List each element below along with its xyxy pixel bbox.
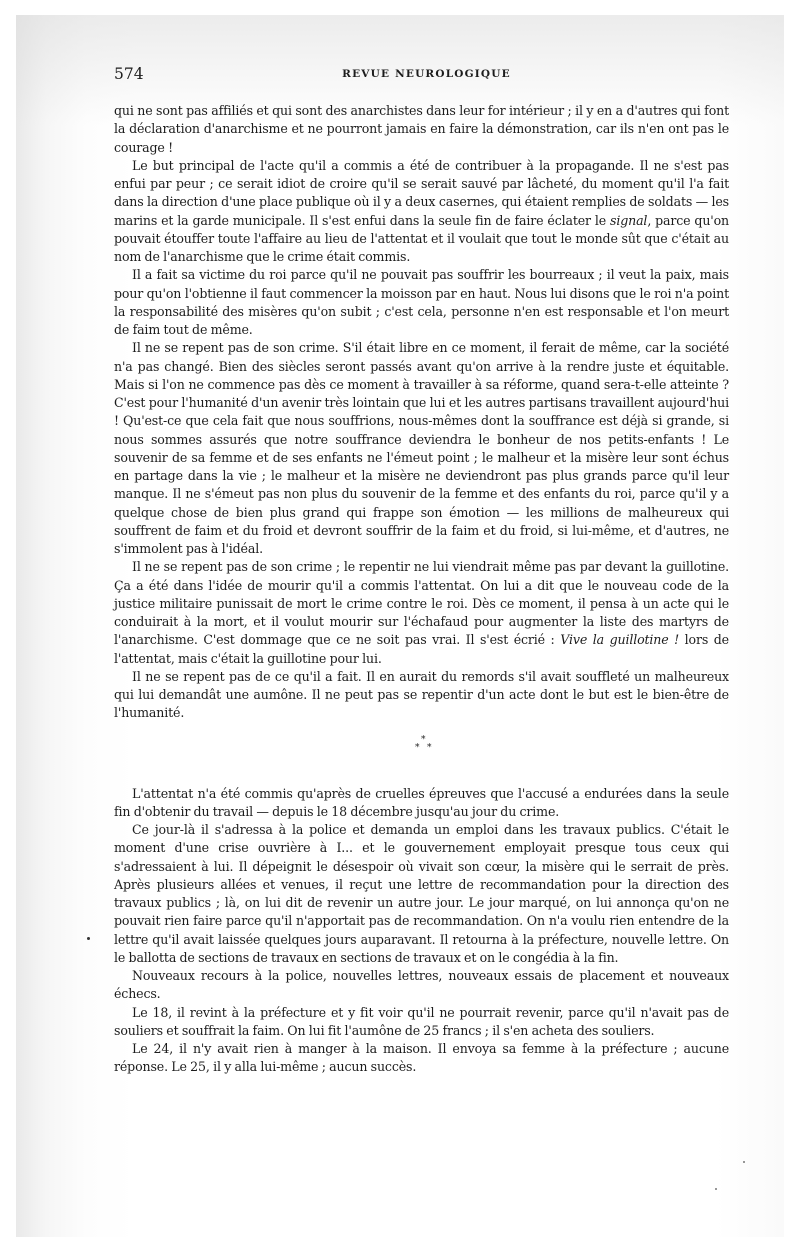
paragraph-text: Le 18, il revint à la préfecture et y fi…	[114, 1005, 729, 1038]
paragraph: Il a fait sa victime du roi parce qu'il …	[114, 266, 729, 339]
paragraph-text: L'attentat n'a été commis qu'après de cr…	[114, 786, 729, 819]
paragraph-text: Il a fait sa victime du roi parce qu'il …	[114, 267, 729, 337]
italic-emphasis: Vive la guillotine !	[560, 632, 679, 647]
running-head: 574 REVUE NEUROLOGIQUE	[114, 65, 729, 85]
asterisk-icon: *	[421, 736, 425, 745]
paragraph: L'attentat n'a été commis qu'après de cr…	[114, 785, 729, 822]
article-body: qui ne sont pas affiliés et qui sont des…	[114, 102, 729, 1077]
paragraph: Ce jour-là il s'adressa à la police et d…	[114, 821, 729, 967]
paragraph: Le but principal de l'acte qu'il a commi…	[114, 157, 729, 267]
paper-speck	[743, 1161, 745, 1163]
paper-speck	[715, 1188, 717, 1190]
paragraph: Nouveaux recours à la police, nouvelles …	[114, 967, 729, 1004]
paragraph-text: Nouveaux recours à la police, nouvelles …	[114, 968, 729, 1001]
journal-title: REVUE NEUROLOGIQUE	[114, 68, 739, 80]
asterisk-icon: *	[427, 744, 431, 753]
margin-ink-dot	[87, 937, 90, 940]
paragraph: qui ne sont pas affiliés et qui sont des…	[114, 102, 729, 157]
section-separator-asterism: * * *	[114, 723, 729, 785]
paragraph-text: Ce jour-là il s'adressa à la police et d…	[114, 822, 729, 965]
paragraph-text: qui ne sont pas affiliés et qui sont des…	[114, 103, 729, 155]
paragraph-text: Il ne se repent pas de son crime. S'il é…	[114, 340, 729, 556]
paragraph-text: Il ne se repent pas de ce qu'il a fait. …	[114, 669, 729, 721]
paragraph: Le 24, il n'y avait rien à manger à la m…	[114, 1040, 729, 1077]
italic-emphasis: signal	[610, 213, 647, 228]
paragraph: Il ne se repent pas de son crime. S'il é…	[114, 339, 729, 558]
paragraph: Il ne se repent pas de son crime ; le re…	[114, 558, 729, 668]
paragraph-text: Le 24, il n'y avait rien à manger à la m…	[114, 1041, 729, 1074]
scanned-page: 574 REVUE NEUROLOGIQUE qui ne sont pas a…	[16, 15, 784, 1237]
paragraph: Il ne se repent pas de ce qu'il a fait. …	[114, 668, 729, 723]
paragraph: Le 18, il revint à la préfecture et y fi…	[114, 1004, 729, 1041]
asterisk-icon: *	[415, 744, 419, 753]
